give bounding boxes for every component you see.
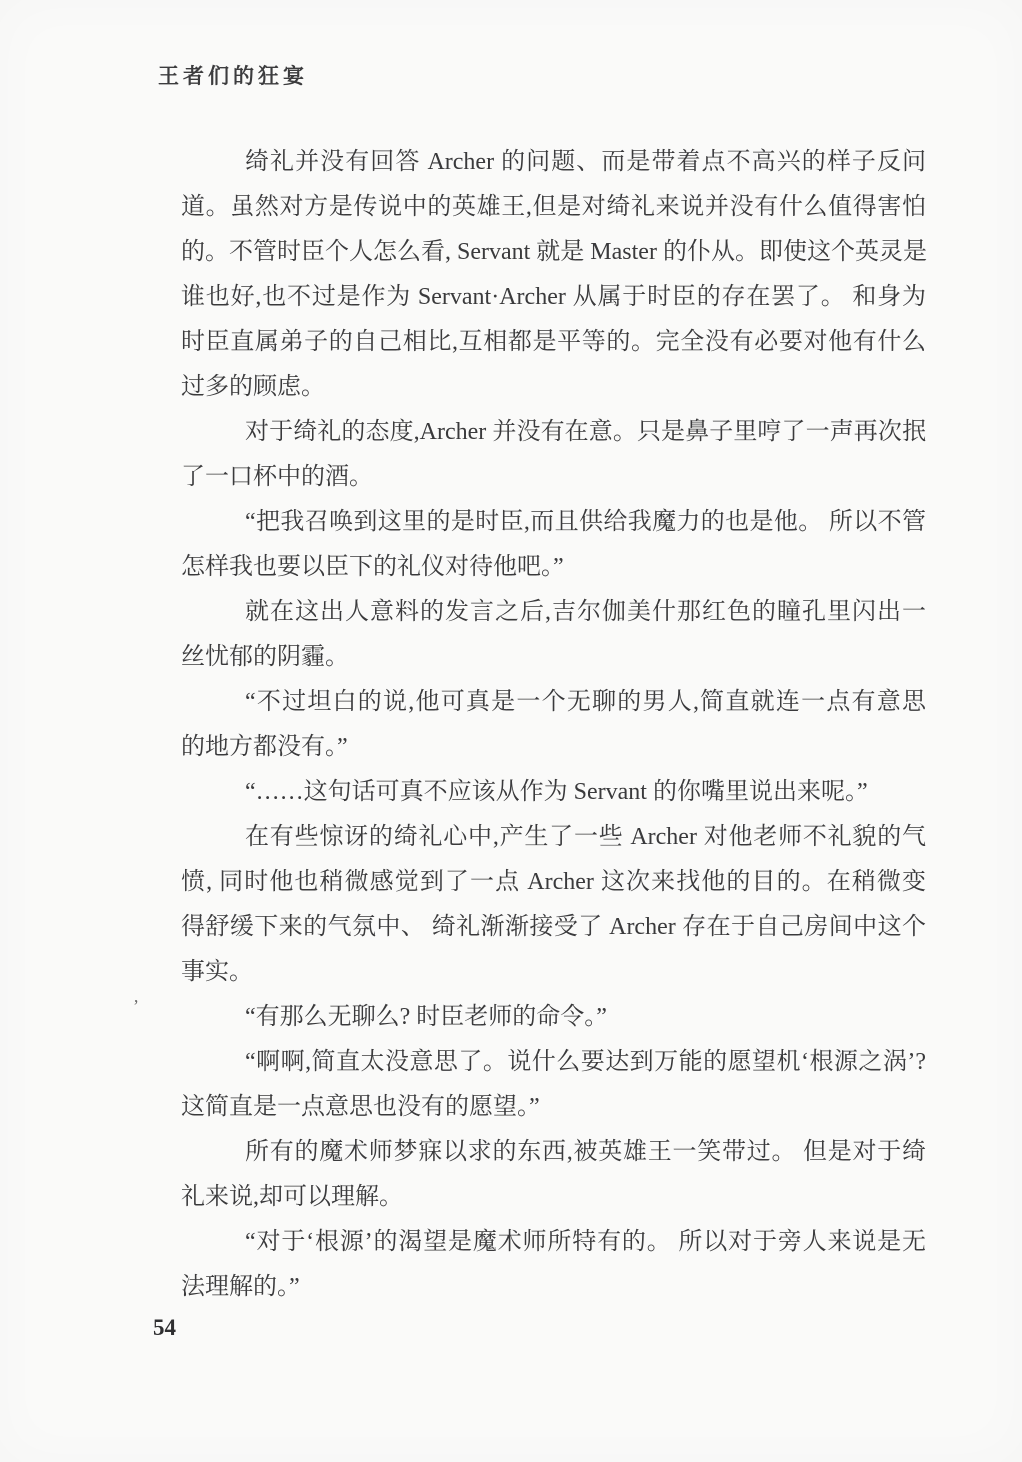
text-line: 谁也好,也不过是作为 Servant·Archer 从属于时臣的存在罢了。 和身… [181,275,926,320]
text-line: 道。虽然对方是传说中的英雄王,但是对绮礼来说并没有什么值得害怕 [181,185,926,230]
text-line: “把我召唤到这里的是时臣,而且供给我魔力的也是他。 所以不管 [181,500,926,545]
text-line: 得舒缓下来的气氛中、 绮礼渐渐接受了 Archer 存在于自己房间中这个 [181,905,926,950]
text-line: 绮礼并没有回答 Archer 的问题、而是带着点不高兴的样子反问 [181,140,926,185]
text-line: “对于‘根源’的渴望是魔术师所特有的。 所以对于旁人来说是无 [181,1220,926,1265]
running-header-title: 王者们的狂宴 [158,60,308,90]
text-line: 事实。 [181,950,926,995]
text-line: 愤, 同时他也稍微感觉到了一点 Archer 这次来找他的目的。在稍微变 [181,860,926,905]
text-line: 礼来说,却可以理解。 [181,1175,926,1220]
text-line: 就在这出人意料的发言之后,吉尔伽美什那红色的瞳孔里闪出一 [181,590,926,635]
text-line: 过多的顾虑。 [181,365,926,410]
text-line: 了一口杯中的酒。 [181,455,926,500]
text-line: 所有的魔术师梦寐以求的东西,被英雄王一笑带过。 但是对于绮 [181,1130,926,1175]
text-line: 法理解的。” [181,1265,926,1310]
text-line: 的。不管时臣个人怎么看, Servant 就是 Master 的仆从。即使这个英… [181,230,926,275]
text-line: “有那么无聊么? 时臣老师的命令。” [181,995,926,1040]
text-line: “……这句话可真不应该从作为 Servant 的你嘴里说出来呢。” [181,770,926,815]
text-line: 在有些惊讶的绮礼心中,产生了一些 Archer 对他老师不礼貌的气 [181,815,926,860]
text-line: 怎样我也要以臣下的礼仪对待他吧。” [181,545,926,590]
text-line: 这简直是一点意思也没有的愿望。” [181,1085,926,1130]
scan-speck: ’ [133,996,139,1017]
text-line: 的地方都没有。” [181,725,926,770]
page-number: 54 [153,1315,176,1341]
body-text: 绮礼并没有回答 Archer 的问题、而是带着点不高兴的样子反问道。虽然对方是传… [181,140,926,1310]
text-line: 时臣直属弟子的自己相比,互相都是平等的。完全没有必要对他有什么 [181,320,926,365]
scanned-book-page: 王者们的狂宴 绮礼并没有回答 Archer 的问题、而是带着点不高兴的样子反问道… [0,0,1022,1462]
text-line: “啊啊,简直太没意思了。说什么要达到万能的愿望机‘根源之涡’? [181,1040,926,1085]
text-line: 丝忧郁的阴霾。 [181,635,926,680]
text-line: 对于绮礼的态度,Archer 并没有在意。只是鼻子里哼了一声再次抿 [181,410,926,455]
text-line: “不过坦白的说,他可真是一个无聊的男人,简直就连一点有意思 [181,680,926,725]
